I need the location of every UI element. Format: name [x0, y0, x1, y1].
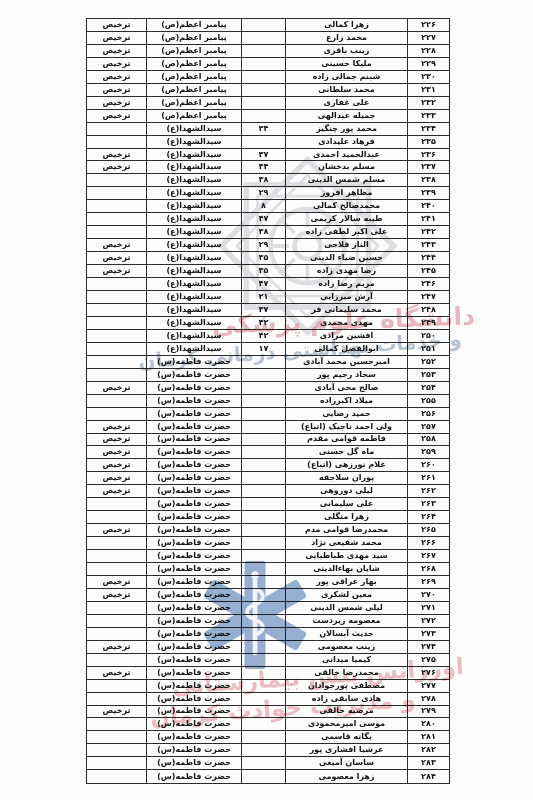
discharge-status-cell — [87, 627, 147, 640]
table-row: ۲۶۵ محمدرضا قوامی مدم حضرت فاطمه(س) ترخی… — [87, 524, 450, 537]
table-row: ۲۵۹ ماه گل حسنی حضرت فاطمه(س) ترخیص — [87, 446, 450, 459]
patient-name-cell: ملیکا حسینی — [286, 57, 408, 70]
discharge-status-cell: ترخیص — [87, 96, 147, 109]
table-row: ۲۵۳ سجاد رحیم پور حضرت فاطمه(س) — [87, 368, 450, 381]
row-number-cell: ۲۸۲ — [408, 744, 450, 757]
patient-name-cell: محمد سلیمانی فر — [286, 303, 408, 316]
age-cell — [242, 679, 286, 692]
table-row: ۲۴۲ علی اکبر لطفی زاده ۳۸ سیدالشهدا(ع) — [87, 226, 450, 239]
ward-cell: سیدالشهدا(ع) — [147, 239, 242, 252]
ward-cell: حضرت فاطمه(س) — [147, 744, 242, 757]
row-number-cell: ۲۳۱ — [408, 83, 450, 96]
patient-name-cell: مسلم شمس الدینی — [286, 174, 408, 187]
discharge-status-cell: ترخیص — [87, 252, 147, 265]
age-cell — [242, 44, 286, 57]
age-cell — [242, 433, 286, 446]
age-cell: ۸ — [242, 200, 286, 213]
discharge-status-cell — [87, 498, 147, 511]
patient-name-cell: میلاد اکبرزاده — [286, 394, 408, 407]
patient-name-cell: ساسان آمیغی — [286, 757, 408, 770]
discharge-status-cell — [87, 744, 147, 757]
ward-cell: پیامبر اعظم(ص) — [147, 57, 242, 70]
row-number-cell: ۲۷۱ — [408, 601, 450, 614]
age-cell: ۳۷ — [242, 303, 286, 316]
row-number-cell: ۲۵۴ — [408, 381, 450, 394]
table-row: ۲۶۴ زهرا منگلی حضرت فاطمه(س) — [87, 511, 450, 524]
discharge-status-cell: ترخیص — [87, 705, 147, 718]
age-cell — [242, 731, 286, 744]
discharge-status-cell — [87, 342, 147, 355]
row-number-cell: ۲۸۴ — [408, 770, 450, 784]
patient-name-cell: مسلم بدخشان — [286, 161, 408, 174]
discharge-status-cell: ترخیص — [87, 575, 147, 588]
ward-cell: سیدالشهدا(ع) — [147, 174, 242, 187]
ward-cell: سیدالشهدا(ع) — [147, 291, 242, 304]
table-row: ۲۳۵ فرهاد علیدادی سیدالشهدا(ع) — [87, 135, 450, 148]
discharge-status-cell: ترخیص — [87, 161, 147, 174]
row-number-cell: ۲۸۰ — [408, 718, 450, 731]
age-cell — [242, 563, 286, 576]
patient-name-cell: شایان بهاءالدینی — [286, 563, 408, 576]
age-cell — [242, 653, 286, 666]
patient-name-cell: عبدالحمید احمدی — [286, 148, 408, 161]
discharge-status-cell — [87, 537, 147, 550]
age-cell — [242, 550, 286, 563]
ward-cell: پیامبر اعظم(ص) — [147, 83, 242, 96]
discharge-status-cell — [87, 614, 147, 627]
row-number-cell: ۲۶۷ — [408, 550, 450, 563]
table-row: ۲۵۰ افشین مرادی ۴۲ سیدالشهدا(ع) — [87, 329, 450, 342]
table-row: ۲۷۰ معین لشکری حضرت فاطمه(س) ترخیص — [87, 588, 450, 601]
age-cell — [242, 420, 286, 433]
row-number-cell: ۲۷۳ — [408, 627, 450, 640]
document-page: ۲۲۶ زهرا کمالی پیامبر اعظم(ص) ترخیص ۲۲۷ … — [0, 0, 533, 800]
ward-cell: حضرت فاطمه(س) — [147, 770, 242, 784]
ward-cell: حضرت فاطمه(س) — [147, 537, 242, 550]
age-cell: ۳۸ — [242, 226, 286, 239]
age-cell — [242, 109, 286, 122]
discharge-status-cell: ترخیص — [87, 148, 147, 161]
patient-name-cell: حسین ضیاء الدینی — [286, 252, 408, 265]
table-row: ۲۷۶ محمدرضا خالقی حضرت فاطمه(س) ترخیص — [87, 666, 450, 679]
patient-name-cell: سجاد رحیم پور — [286, 368, 408, 381]
ward-cell: حضرت فاطمه(س) — [147, 459, 242, 472]
patient-name-cell: جمیله عبدالهی — [286, 109, 408, 122]
row-number-cell: ۲۵۲ — [408, 355, 450, 368]
discharge-status-cell — [87, 718, 147, 731]
table-row: ۲۴۳ الناز فلاحی ۲۹ سیدالشهدا(ع) ترخیص — [87, 239, 450, 252]
discharge-status-cell — [87, 601, 147, 614]
discharge-status-cell — [87, 187, 147, 200]
age-cell — [242, 446, 286, 459]
row-number-cell: ۲۴۹ — [408, 316, 450, 329]
age-cell: ۳۵ — [242, 265, 286, 278]
age-cell: ۴۲ — [242, 316, 286, 329]
discharge-status-cell: ترخیص — [87, 265, 147, 278]
ward-cell: حضرت فاطمه(س) — [147, 563, 242, 576]
age-cell — [242, 524, 286, 537]
ward-cell: پیامبر اعظم(ص) — [147, 109, 242, 122]
patient-name-cell: مهدی محمدی — [286, 316, 408, 329]
age-cell — [242, 770, 286, 784]
row-number-cell: ۲۶۶ — [408, 537, 450, 550]
patient-name-cell: حمید رضایی — [286, 407, 408, 420]
row-number-cell: ۲۲۸ — [408, 44, 450, 57]
discharge-status-cell: ترخیص — [87, 57, 147, 70]
table-row: ۲۴۰ محمدصالح کمالی ۸ سیدالشهدا(ع) — [87, 200, 450, 213]
discharge-status-cell: ترخیص — [87, 588, 147, 601]
ward-cell: سیدالشهدا(ع) — [147, 226, 242, 239]
table-row: ۲۶۸ شایان بهاءالدینی حضرت فاطمه(س) — [87, 563, 450, 576]
patient-name-cell: فرهاد علیدادی — [286, 135, 408, 148]
table-row: ۲۵۴ صالح محی آبادی حضرت فاطمه(س) ترخیص — [87, 381, 450, 394]
age-cell: ۳۷ — [242, 148, 286, 161]
table-row: ۲۳۹ مظاهر افروز ۲۹ سیدالشهدا(ع) — [87, 187, 450, 200]
discharge-status-cell: ترخیص — [87, 433, 147, 446]
patient-name-cell: محمد سلطانی — [286, 83, 408, 96]
table-row: ۲۳۲ علی غفاری پیامبر اعظم(ص) ترخیص — [87, 96, 450, 109]
table-row: ۲۳۳ جمیله عبدالهی پیامبر اعظم(ص) ترخیص — [87, 109, 450, 122]
age-cell — [242, 627, 286, 640]
age-cell — [242, 135, 286, 148]
table-row: ۲۳۸ مسلم شمس الدینی ۳۸ سیدالشهدا(ع) — [87, 174, 450, 187]
ward-cell: سیدالشهدا(ع) — [147, 213, 242, 226]
row-number-cell: ۲۳۵ — [408, 135, 450, 148]
age-cell — [242, 537, 286, 550]
discharge-status-cell — [87, 770, 147, 784]
row-number-cell: ۲۵۷ — [408, 420, 450, 433]
patient-roster-table: ۲۲۶ زهرا کمالی پیامبر اعظم(ص) ترخیص ۲۲۷ … — [86, 18, 450, 784]
table-row: ۲۵۲ امیرحسین محمد آبادی حضرت فاطمه(س) — [87, 355, 450, 368]
patient-name-cell: مرضیه خالقی — [286, 705, 408, 718]
discharge-status-cell: ترخیص — [87, 109, 147, 122]
discharge-status-cell: ترخیص — [87, 459, 147, 472]
ward-cell: سیدالشهدا(ع) — [147, 200, 242, 213]
row-number-cell: ۲۵۶ — [408, 407, 450, 420]
table-row: ۲۶۱ پوران سلاجقه حضرت فاطمه(س) ترخیص — [87, 472, 450, 485]
row-number-cell: ۲۵۸ — [408, 433, 450, 446]
table-row: ۲۲۸ زینب باقری پیامبر اعظم(ص) ترخیص — [87, 44, 450, 57]
age-cell — [242, 472, 286, 485]
table-row: ۲۵۶ حمید رضایی حضرت فاطمه(س) — [87, 407, 450, 420]
table-row: ۲۴۵ رضا مهدی زاده ۳۵ سیدالشهدا(ع) ترخیص — [87, 265, 450, 278]
row-number-cell: ۲۸۱ — [408, 731, 450, 744]
row-number-cell: ۲۳۰ — [408, 70, 450, 83]
age-cell: ۲۹ — [242, 187, 286, 200]
age-cell: ۲۹ — [242, 239, 286, 252]
row-number-cell: ۲۷۷ — [408, 679, 450, 692]
table-row: ۲۸۰ موسی امیرمحمودی حضرت فاطمه(س) — [87, 718, 450, 731]
row-number-cell: ۲۷۰ — [408, 588, 450, 601]
age-cell — [242, 744, 286, 757]
age-cell — [242, 498, 286, 511]
row-number-cell: ۲۶۰ — [408, 459, 450, 472]
table-row: ۲۳۰ شبنم جمالی زاده پیامبر اعظم(ص) ترخیص — [87, 70, 450, 83]
table-row: ۲۸۲ عرشیا افشاری پور حضرت فاطمه(س) — [87, 744, 450, 757]
discharge-status-cell — [87, 563, 147, 576]
patient-name-cell: معین لشکری — [286, 588, 408, 601]
age-cell: ۴۴ — [242, 161, 286, 174]
discharge-status-cell — [87, 511, 147, 524]
ward-cell: حضرت فاطمه(س) — [147, 705, 242, 718]
discharge-status-cell: ترخیص — [87, 485, 147, 498]
ward-cell: حضرت فاطمه(س) — [147, 381, 242, 394]
ward-cell: پیامبر اعظم(ص) — [147, 19, 242, 32]
table-row: ۲۲۷ محمد زارع پیامبر اعظم(ص) ترخیص — [87, 31, 450, 44]
row-number-cell: ۲۶۴ — [408, 511, 450, 524]
discharge-status-cell: ترخیص — [87, 44, 147, 57]
table-row: ۲۴۹ مهدی محمدی ۴۲ سیدالشهدا(ع) — [87, 316, 450, 329]
table-row: ۲۴۶ مریم رضا زاده ۴۷ سیدالشهدا(ع) — [87, 278, 450, 291]
table-row: ۲۶۳ علی سلیمانی حضرت فاطمه(س) — [87, 498, 450, 511]
ward-cell: حضرت فاطمه(س) — [147, 394, 242, 407]
row-number-cell: ۲۳۳ — [408, 109, 450, 122]
discharge-status-cell — [87, 692, 147, 705]
ward-cell: حضرت فاطمه(س) — [147, 601, 242, 614]
age-cell: ۳۴ — [242, 122, 286, 135]
ward-cell: حضرت فاطمه(س) — [147, 614, 242, 627]
patient-name-cell: یگانه قاسمی — [286, 731, 408, 744]
age-cell — [242, 666, 286, 679]
row-number-cell: ۲۳۶ — [408, 148, 450, 161]
patient-name-cell: حدیث آبسالان — [286, 627, 408, 640]
discharge-status-cell: ترخیص — [87, 420, 147, 433]
row-number-cell: ۲۵۵ — [408, 394, 450, 407]
age-cell — [242, 588, 286, 601]
discharge-status-cell: ترخیص — [87, 31, 147, 44]
patient-name-cell: زینب باقری — [286, 44, 408, 57]
age-cell — [242, 368, 286, 381]
row-number-cell: ۲۵۹ — [408, 446, 450, 459]
roster-body: ۲۲۶ زهرا کمالی پیامبر اعظم(ص) ترخیص ۲۲۷ … — [87, 19, 450, 784]
age-cell — [242, 96, 286, 109]
ward-cell: سیدالشهدا(ع) — [147, 252, 242, 265]
discharge-status-cell — [87, 135, 147, 148]
discharge-status-cell — [87, 757, 147, 770]
table-row: ۲۵۵ میلاد اکبرزاده حضرت فاطمه(س) — [87, 394, 450, 407]
ward-cell: حضرت فاطمه(س) — [147, 420, 242, 433]
table-row: ۲۴۸ محمد سلیمانی فر ۳۷ سیدالشهدا(ع) — [87, 303, 450, 316]
age-cell — [242, 757, 286, 770]
row-number-cell: ۲۴۳ — [408, 239, 450, 252]
table-row: ۲۷۸ هادی سابقی زاده حضرت فاطمه(س) — [87, 692, 450, 705]
ward-cell: سیدالشهدا(ع) — [147, 265, 242, 278]
table-row: ۲۳۶ عبدالحمید احمدی ۳۷ سیدالشهدا(ع) ترخی… — [87, 148, 450, 161]
age-cell: ۳۸ — [242, 174, 286, 187]
row-number-cell: ۲۴۴ — [408, 252, 450, 265]
age-cell — [242, 83, 286, 96]
ward-cell: سیدالشهدا(ع) — [147, 148, 242, 161]
row-number-cell: ۲۶۸ — [408, 563, 450, 576]
patient-name-cell: پوران سلاجقه — [286, 472, 408, 485]
ward-cell: پیامبر اعظم(ص) — [147, 96, 242, 109]
patient-name-cell: عرشیا افشاری پور — [286, 744, 408, 757]
table-row: ۲۶۶ محمد شفیعی نژاد حضرت فاطمه(س) — [87, 537, 450, 550]
age-cell — [242, 692, 286, 705]
discharge-status-cell — [87, 226, 147, 239]
discharge-status-cell: ترخیص — [87, 640, 147, 653]
row-number-cell: ۲۴۵ — [408, 265, 450, 278]
ward-cell: سیدالشهدا(ع) — [147, 122, 242, 135]
table-row: ۲۷۵ کیمیا میدانی حضرت فاطمه(س) — [87, 653, 450, 666]
ward-cell: حضرت فاطمه(س) — [147, 731, 242, 744]
ward-cell: حضرت فاطمه(س) — [147, 355, 242, 368]
row-number-cell: ۲۲۶ — [408, 19, 450, 32]
table-row: ۲۴۱ طیبه سالار کریمی ۴۷ سیدالشهدا(ع) — [87, 213, 450, 226]
ward-cell: حضرت فاطمه(س) — [147, 640, 242, 653]
discharge-status-cell — [87, 329, 147, 342]
age-cell — [242, 394, 286, 407]
patient-name-cell: سید مهدی طباطبایی — [286, 550, 408, 563]
ward-cell: حضرت فاطمه(س) — [147, 679, 242, 692]
table-row: ۲۵۸ فاطمه قوامی مقدم حضرت فاطمه(س) ترخیص — [87, 433, 450, 446]
row-number-cell: ۲۷۲ — [408, 614, 450, 627]
age-cell: ۴۷ — [242, 213, 286, 226]
patient-name-cell: بهار عراقی پور — [286, 575, 408, 588]
age-cell — [242, 485, 286, 498]
table-row: ۲۳۱ محمد سلطانی پیامبر اعظم(ص) ترخیص — [87, 83, 450, 96]
discharge-status-cell — [87, 679, 147, 692]
age-cell — [242, 718, 286, 731]
row-number-cell: ۲۴۱ — [408, 213, 450, 226]
discharge-status-cell: ترخیص — [87, 472, 147, 485]
ward-cell: سیدالشهدا(ع) — [147, 303, 242, 316]
patient-name-cell: ماه گل حسنی — [286, 446, 408, 459]
patient-name-cell: لیلی شمس الدینی — [286, 601, 408, 614]
age-cell: ۱۷ — [242, 342, 286, 355]
patient-name-cell: زهرا معصومی — [286, 770, 408, 784]
table-row: ۲۵۱ ابوالفضل کمالی ۱۷ سیدالشهدا(ع) — [87, 342, 450, 355]
ward-cell: پیامبر اعظم(ص) — [147, 70, 242, 83]
patient-name-cell: زهرا منگلی — [286, 511, 408, 524]
ward-cell: حضرت فاطمه(س) — [147, 666, 242, 679]
row-number-cell: ۲۳۷ — [408, 161, 450, 174]
age-cell — [242, 355, 286, 368]
ward-cell: سیدالشهدا(ع) — [147, 316, 242, 329]
patient-name-cell: امیرحسین محمد آبادی — [286, 355, 408, 368]
ward-cell: سیدالشهدا(ع) — [147, 187, 242, 200]
ward-cell: حضرت فاطمه(س) — [147, 472, 242, 485]
table-row: ۲۸۴ زهرا معصومی حضرت فاطمه(س) — [87, 770, 450, 784]
patient-name-cell: علی سلیمانی — [286, 498, 408, 511]
discharge-status-cell — [87, 213, 147, 226]
table-row: ۲۷۱ لیلی شمس الدینی حضرت فاطمه(س) — [87, 601, 450, 614]
age-cell: ۳۵ — [242, 252, 286, 265]
patient-name-cell: معصومه زیردست — [286, 614, 408, 627]
age-cell — [242, 601, 286, 614]
ward-cell: حضرت فاطمه(س) — [147, 524, 242, 537]
patient-name-cell: محمد پور چنگیز — [286, 122, 408, 135]
discharge-status-cell — [87, 303, 147, 316]
discharge-status-cell: ترخیص — [87, 666, 147, 679]
row-number-cell: ۲۲۹ — [408, 57, 450, 70]
table-row: ۲۶۷ سید مهدی طباطبایی حضرت فاطمه(س) — [87, 550, 450, 563]
age-cell — [242, 70, 286, 83]
patient-name-cell: شبنم جمالی زاده — [286, 70, 408, 83]
discharge-status-cell — [87, 653, 147, 666]
age-cell: ۴۲ — [242, 329, 286, 342]
discharge-status-cell: ترخیص — [87, 70, 147, 83]
patient-name-cell: محمدصالح کمالی — [286, 200, 408, 213]
table-row: ۲۷۲ معصومه زیردست حضرت فاطمه(س) — [87, 614, 450, 627]
discharge-status-cell — [87, 278, 147, 291]
ward-cell: سیدالشهدا(ع) — [147, 329, 242, 342]
discharge-status-cell — [87, 550, 147, 563]
patient-name-cell: هادی سابقی زاده — [286, 692, 408, 705]
row-number-cell: ۲۶۲ — [408, 485, 450, 498]
discharge-status-cell — [87, 731, 147, 744]
row-number-cell: ۲۵۱ — [408, 342, 450, 355]
row-number-cell: ۲۷۶ — [408, 666, 450, 679]
ward-cell: پیامبر اعظم(ص) — [147, 31, 242, 44]
ward-cell: سیدالشهدا(ع) — [147, 135, 242, 148]
table-row: ۲۶۹ بهار عراقی پور حضرت فاطمه(س) ترخیص — [87, 575, 450, 588]
ward-cell: حضرت فاطمه(س) — [147, 368, 242, 381]
age-cell — [242, 575, 286, 588]
row-number-cell: ۲۳۲ — [408, 96, 450, 109]
table-row: ۲۵۷ ولی احمد تاجیک (اتباع) حضرت فاطمه(س)… — [87, 420, 450, 433]
ward-cell: حضرت فاطمه(س) — [147, 511, 242, 524]
discharge-status-cell: ترخیص — [87, 83, 147, 96]
ward-cell: حضرت فاطمه(س) — [147, 550, 242, 563]
discharge-status-cell — [87, 355, 147, 368]
patient-name-cell: علی اکبر لطفی زاده — [286, 226, 408, 239]
row-number-cell: ۲۶۱ — [408, 472, 450, 485]
age-cell — [242, 407, 286, 420]
ward-cell: حضرت فاطمه(س) — [147, 485, 242, 498]
row-number-cell: ۲۴۷ — [408, 291, 450, 304]
discharge-status-cell: ترخیص — [87, 446, 147, 459]
ward-cell: حضرت فاطمه(س) — [147, 407, 242, 420]
age-cell — [242, 511, 286, 524]
table-row: ۲۸۱ یگانه قاسمی حضرت فاطمه(س) — [87, 731, 450, 744]
ward-cell: سیدالشهدا(ع) — [147, 161, 242, 174]
table-row: ۲۴۷ آرش میرزایی ۲۱ سیدالشهدا(ع) — [87, 291, 450, 304]
patient-name-cell: کیمیا میدانی — [286, 653, 408, 666]
age-cell — [242, 31, 286, 44]
table-row: ۲۷۳ حدیث آبسالان حضرت فاطمه(س) — [87, 627, 450, 640]
table-row: ۲۲۶ زهرا کمالی پیامبر اعظم(ص) ترخیص — [87, 19, 450, 32]
discharge-status-cell: ترخیص — [87, 19, 147, 32]
ward-cell: حضرت فاطمه(س) — [147, 498, 242, 511]
age-cell: ۲۱ — [242, 291, 286, 304]
patient-name-cell: مظاهر افروز — [286, 187, 408, 200]
ward-cell: حضرت فاطمه(س) — [147, 627, 242, 640]
patient-name-cell: موسی امیرمحمودی — [286, 718, 408, 731]
patient-name-cell: ولی احمد تاجیک (اتباع) — [286, 420, 408, 433]
patient-name-cell: غلام نورزهی (اتباع) — [286, 459, 408, 472]
row-number-cell: ۲۶۳ — [408, 498, 450, 511]
table-row: ۲۶۲ لیلی دوروهی حضرت فاطمه(س) ترخیص — [87, 485, 450, 498]
discharge-status-cell: ترخیص — [87, 381, 147, 394]
row-number-cell: ۲۳۴ — [408, 122, 450, 135]
table-row: ۲۳۷ مسلم بدخشان ۴۴ سیدالشهدا(ع) ترخیص — [87, 161, 450, 174]
ward-cell: حضرت فاطمه(س) — [147, 575, 242, 588]
table-row: ۲۷۹ مرضیه خالقی حضرت فاطمه(س) ترخیص — [87, 705, 450, 718]
ward-cell: حضرت فاطمه(س) — [147, 433, 242, 446]
discharge-status-cell — [87, 174, 147, 187]
ward-cell: سیدالشهدا(ع) — [147, 278, 242, 291]
discharge-status-cell — [87, 122, 147, 135]
row-number-cell: ۲۴۸ — [408, 303, 450, 316]
row-number-cell: ۲۶۹ — [408, 575, 450, 588]
row-number-cell: ۲۴۲ — [408, 226, 450, 239]
row-number-cell: ۲۶۵ — [408, 524, 450, 537]
patient-name-cell: محمدرضا خالقی — [286, 666, 408, 679]
patient-name-cell: لیلی دوروهی — [286, 485, 408, 498]
patient-name-cell: زهرا کمالی — [286, 19, 408, 32]
table-row: ۲۷۷ مصطفی پورجوادان حضرت فاطمه(س) — [87, 679, 450, 692]
